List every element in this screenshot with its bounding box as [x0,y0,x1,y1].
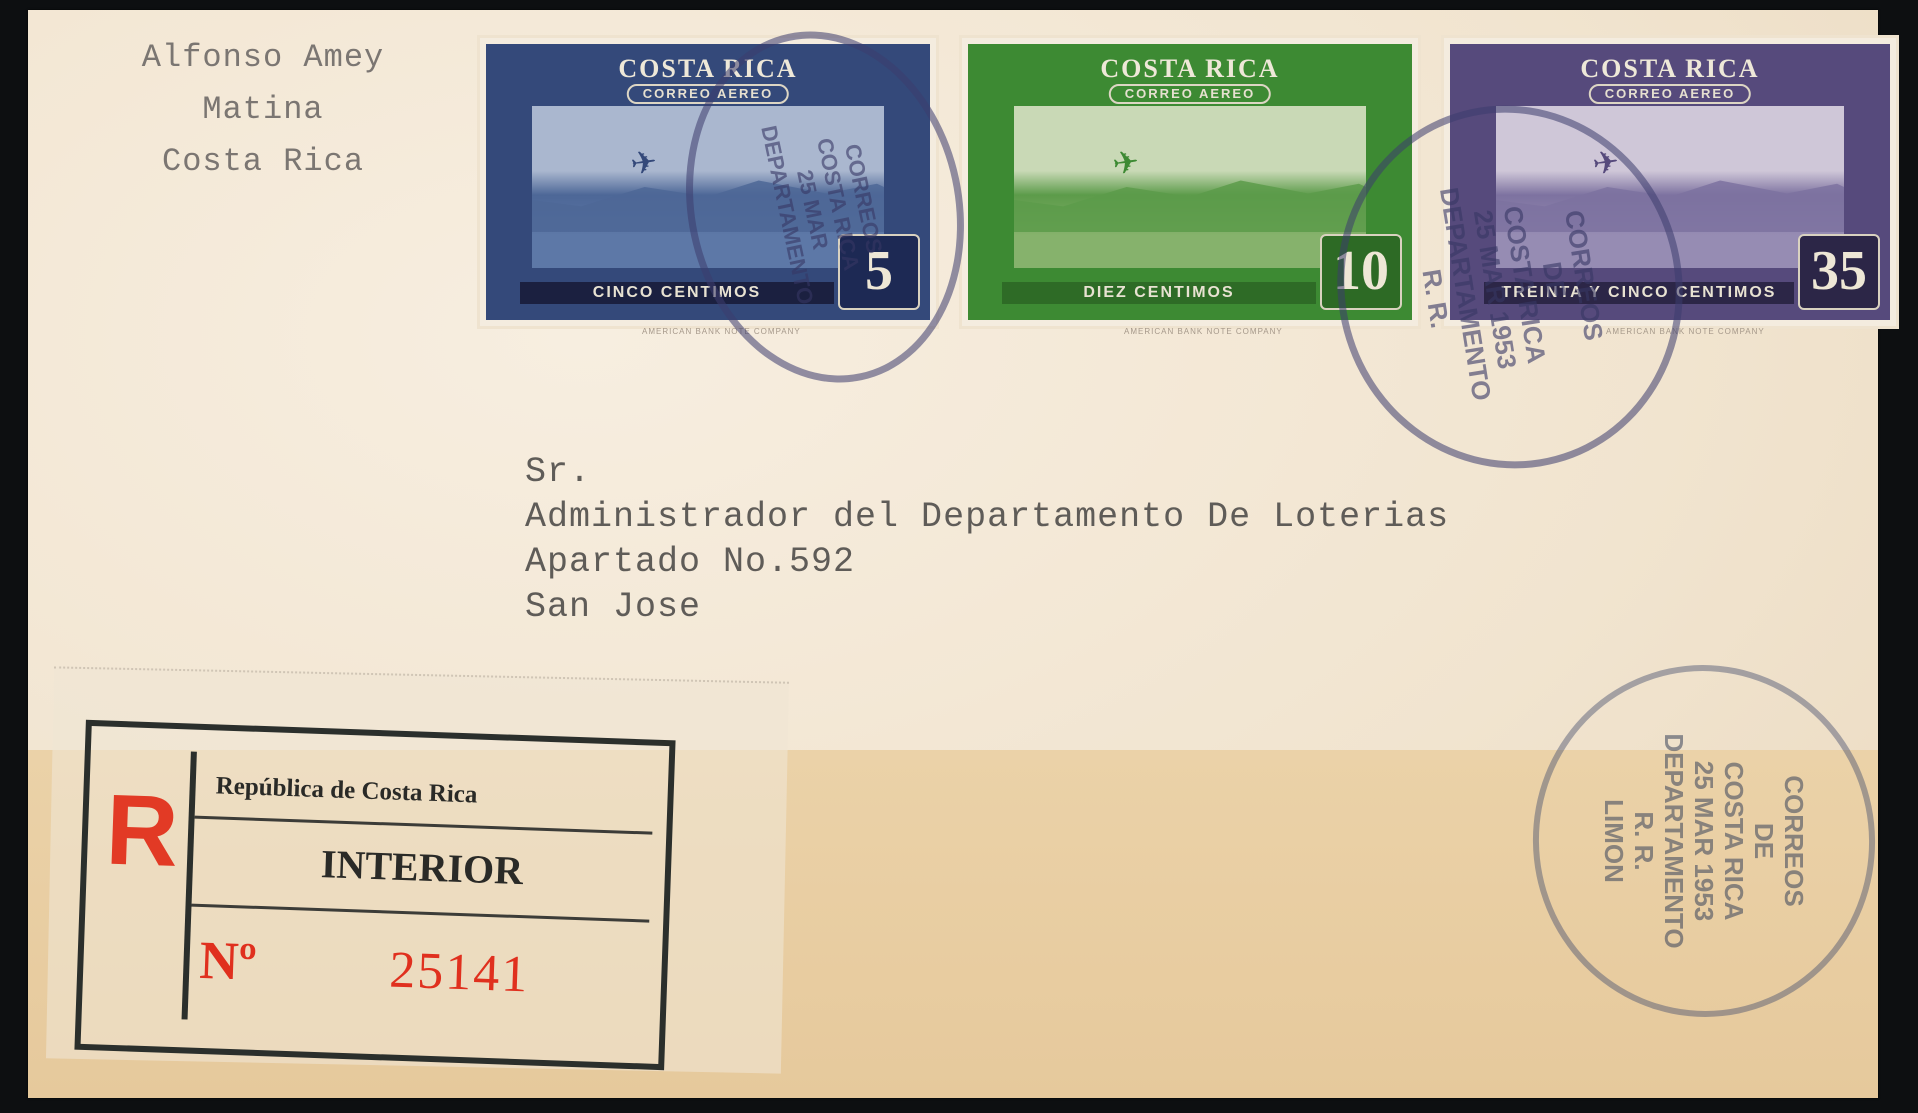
label-type: INTERIOR [192,836,651,899]
stamp-scene: ✈ [1014,106,1366,268]
recipient-city: San Jose [525,585,1449,630]
label-issuer: República de Costa Rica [215,772,478,809]
recipient-address: Sr. Administrador del Departamento De Lo… [525,450,1449,630]
registration-label: R República de Costa Rica INTERIOR Nº 25… [74,720,675,1070]
envelope: Alfonso Amey Matina Costa Rica COSTA RIC… [28,10,1878,1098]
registered-letter-r: R [104,775,180,887]
stamp-service: CORREO AEREO [1589,84,1751,104]
stamp-value: 35 [1798,234,1880,310]
sender-name: Alfonso Amey [98,32,428,84]
airplane-icon: ✈ [1109,134,1141,189]
registration-number: 25141 [388,941,530,1005]
recipient-salutation: Sr. [525,450,1449,495]
label-number-prefix: Nº [199,929,258,993]
postmark-text: CORREOS COSTA RICA 25 MAR DEPARTAMENTO [755,107,895,307]
sender-address: Alfonso Amey Matina Costa Rica [98,32,428,188]
stamp-country: COSTA RICA [974,54,1406,84]
postmark-text: CORREOS DE COSTA RICA 25 MAR 1953 DEPART… [1599,733,1809,948]
postmark-text: CORREOS DE COSTA RICA 25 MAR 1953 DEPART… [1404,167,1615,408]
sender-town: Matina [98,84,428,136]
stamp-country: COSTA RICA [1456,54,1884,84]
sender-country: Costa Rica [98,136,428,188]
recipient-po-box: Apartado No.592 [525,540,1449,585]
stamp-service: CORREO AEREO [1109,84,1271,104]
stamp-denomination-text: DIEZ CENTIMOS [1002,282,1316,304]
stamp-imprint: AMERICAN BANK NOTE COMPANY [1124,327,1283,336]
airplane-icon: ✈ [627,134,659,189]
recipient-name: Administrador del Departamento De Loteri… [525,495,1449,540]
